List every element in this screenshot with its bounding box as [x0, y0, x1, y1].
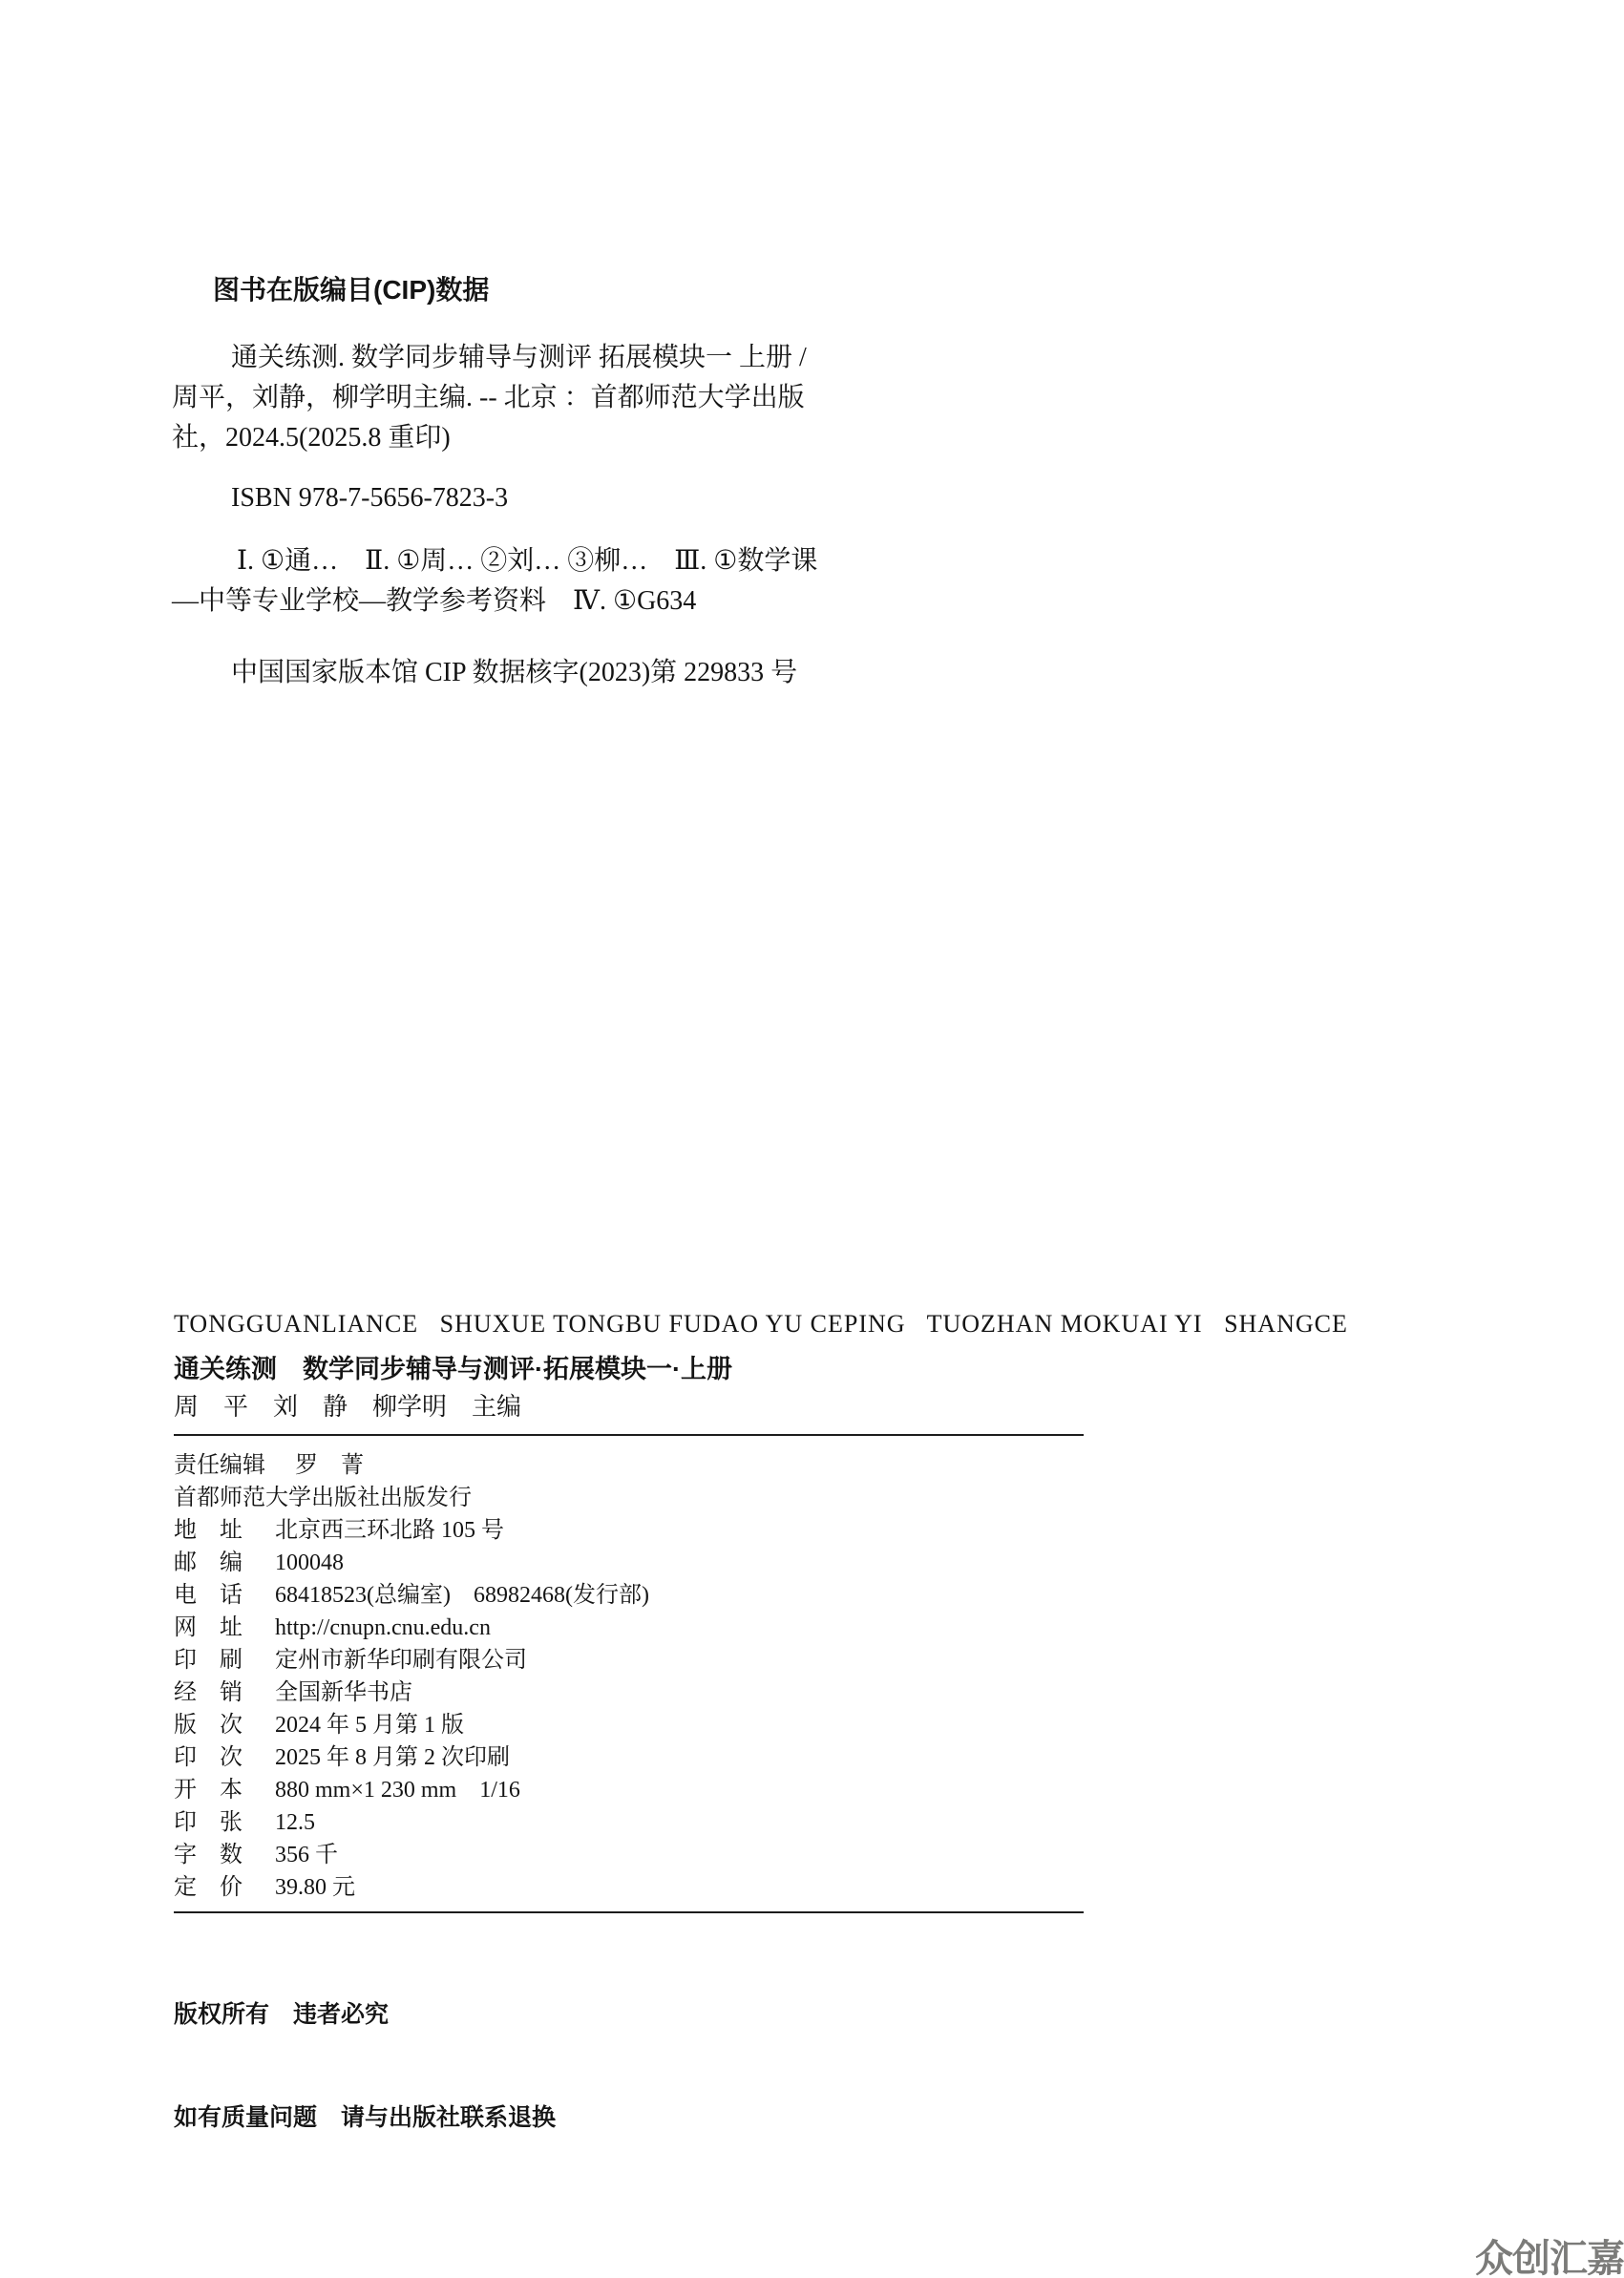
- row-value: 全国新华书店: [275, 1677, 412, 1709]
- row-label: 字 数: [174, 1839, 275, 1871]
- info-row-wordcount: 字 数 356 千: [174, 1839, 1529, 1871]
- notice-line: 如有质量问题 请与出版社联系退换: [174, 2100, 1529, 2135]
- row-value: 100048: [275, 1547, 344, 1579]
- editor-label: 责任编辑: [174, 1449, 295, 1482]
- info-row-website: 网 址 http://cnupn.cnu.edu.cn: [174, 1612, 1529, 1644]
- cip-description-line: 社，2024.5(2025.8 重印): [172, 418, 1184, 458]
- info-row-printer: 印 刷 定州市新华印刷有限公司: [174, 1644, 1529, 1677]
- row-label: 地 址: [174, 1514, 275, 1547]
- row-label: 经 销: [174, 1677, 275, 1709]
- row-label: 印 次: [174, 1741, 275, 1774]
- editor-value: 罗 菁: [295, 1449, 364, 1482]
- cip-record-line: 中国国家版本馆 CIP 数据核字(2023)第 229833 号: [172, 653, 1184, 693]
- row-value: 定州市新华印刷有限公司: [275, 1644, 527, 1677]
- row-value: 39.80 元: [275, 1871, 355, 1904]
- watermark-text: 众创汇嘉: [1475, 2238, 1624, 2278]
- cip-classification: Ⅰ. ①通… Ⅱ. ①周… ②刘… ③柳… Ⅲ. ①数学课 —中等专业学校—教学…: [172, 541, 1184, 622]
- row-label: 邮 编: [174, 1547, 275, 1579]
- row-value: 12.5: [275, 1806, 315, 1839]
- colophon-block: TONGGUANLIANCE SHUXUE TONGBU FUDAO YU CE…: [174, 1310, 1529, 2204]
- publication-info-rows: 地 址 北京西三环北路 105 号 邮 编 100048 电 话 6841852…: [174, 1514, 1529, 1904]
- info-row-address: 地 址 北京西三环北路 105 号: [174, 1514, 1529, 1547]
- cip-block: 图书在版编目(CIP)数据 通关练测. 数学同步辅导与测评 拓展模块一 上册 /…: [172, 274, 1184, 693]
- row-value: http://cnupn.cnu.edu.cn: [275, 1612, 491, 1644]
- copyright-notice: 版权所有 违者必究 如有质量问题 请与出版社联系退换: [174, 1929, 1529, 2204]
- info-row-distributor: 经 销 全国新华书店: [174, 1677, 1529, 1709]
- cip-description: 通关练测. 数学同步辅导与测评 拓展模块一 上册 / 周平，刘静，柳学明主编. …: [172, 338, 1184, 458]
- info-row-postcode: 邮 编 100048: [174, 1547, 1529, 1579]
- romanized-title: TONGGUANLIANCE SHUXUE TONGBU FUDAO YU CE…: [174, 1310, 1529, 1339]
- row-label: 开 本: [174, 1774, 275, 1806]
- row-label: 电 话: [174, 1579, 275, 1612]
- editor-row: 责任编辑 罗 菁: [174, 1449, 1529, 1482]
- row-label: 网 址: [174, 1612, 275, 1644]
- cip-heading: 图书在版编目(CIP)数据: [172, 274, 1184, 306]
- row-label: 定 价: [174, 1871, 275, 1904]
- info-row-phone: 电 话 68418523(总编室) 68982468(发行部): [174, 1579, 1529, 1612]
- row-value: 北京西三环北路 105 号: [275, 1514, 504, 1547]
- row-value: 880 mm×1 230 mm 1/16: [275, 1774, 520, 1806]
- cip-description-line: 周平，刘静，柳学明主编. -- 北京 ：首都师范大学出版: [172, 378, 1184, 418]
- info-row-edition: 版 次 2024 年 5 月第 1 版: [174, 1709, 1529, 1741]
- row-label: 版 次: [174, 1709, 275, 1741]
- row-label: 印 张: [174, 1806, 275, 1839]
- cip-classification-line: Ⅰ. ①通… Ⅱ. ①周… ②刘… ③柳… Ⅲ. ①数学课: [172, 541, 1184, 581]
- row-value: 2024 年 5 月第 1 版: [275, 1709, 464, 1741]
- info-row-printing: 印 次 2025 年 8 月第 2 次印刷: [174, 1741, 1529, 1774]
- row-value: 2025 年 8 月第 2 次印刷: [275, 1741, 510, 1774]
- info-row-sheets: 印 张 12.5: [174, 1806, 1529, 1839]
- book-title: 通关练测 数学同步辅导与测评·拓展模块一·上册: [174, 1350, 1529, 1388]
- cip-description-line: 通关练测. 数学同步辅导与测评 拓展模块一 上册 /: [172, 338, 1184, 378]
- isbn-line: ISBN 978-7-5656-7823-3: [172, 478, 1184, 518]
- divider-top: [174, 1434, 1084, 1436]
- row-value: 68418523(总编室) 68982468(发行部): [275, 1579, 649, 1612]
- authors-line: 周 平 刘 静 柳学明 主编: [174, 1388, 1529, 1426]
- row-value: 356 千: [275, 1839, 338, 1871]
- cip-classification-line: —中等专业学校—教学参考资料 Ⅳ. ①G634: [172, 581, 1184, 622]
- divider-bottom: [174, 1911, 1084, 1913]
- info-row-price: 定 价 39.80 元: [174, 1871, 1529, 1904]
- publisher-line: 首都师范大学出版社出版发行: [174, 1482, 1529, 1514]
- notice-line: 版权所有 违者必究: [174, 1997, 1529, 2032]
- info-row-format: 开 本 880 mm×1 230 mm 1/16: [174, 1774, 1529, 1806]
- row-label: 印 刷: [174, 1644, 275, 1677]
- copyright-page: 图书在版编目(CIP)数据 通关练测. 数学同步辅导与测评 拓展模块一 上册 /…: [0, 0, 1624, 2278]
